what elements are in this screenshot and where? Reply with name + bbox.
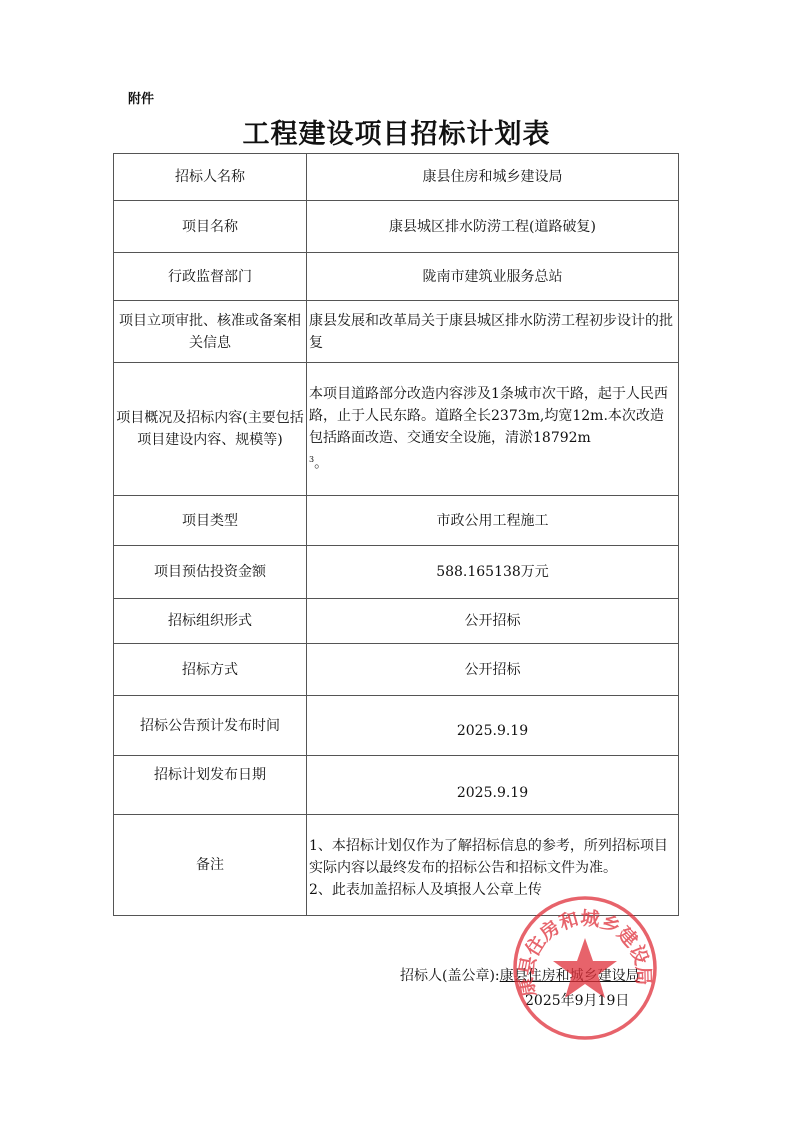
value-announcement-time: 2025.9.19 (307, 696, 679, 756)
table-row: 项目立项审批、核准或备案相关信息 康县发展和改革局关于康县城区排水防涝工程初步设… (114, 301, 679, 363)
table-row: 招标公告预计发布时间 2025.9.19 (114, 696, 679, 756)
remark-line-2: 2、此表加盖招标人及填报人公章上传 (309, 879, 676, 901)
table-row: 项目名称 康县城区排水防涝工程(道路破复) (114, 201, 679, 253)
value-bidding-method: 公开招标 (307, 644, 679, 696)
table-row: 招标组织形式 公开招标 (114, 599, 679, 644)
attachment-label: 附件 (128, 88, 154, 107)
bidding-plan-table: 招标人名称 康县住房和城乡建设局 项目名称 康县城区排水防涝工程(道路破复) 行… (113, 153, 679, 916)
label-project-type: 项目类型 (114, 496, 307, 546)
label-announcement-time: 招标公告预计发布时间 (114, 696, 307, 756)
signer-label: 招标人(盖公章): (400, 968, 500, 984)
label-remarks: 备注 (114, 815, 307, 916)
remark-line-1: 1、本招标计划仅作为了解招标信息的参考，所列招标项目实际内容以最终发布的招标公告… (309, 835, 676, 879)
label-project-name: 项目名称 (114, 201, 307, 253)
value-approval-info: 康县发展和改革局关于康县城区排水防涝工程初步设计的批复 (307, 301, 679, 363)
label-estimated-investment: 项目预估投资金额 (114, 546, 307, 599)
table-row: 行政监督部门 陇南市建筑业服务总站 (114, 253, 679, 301)
label-bidder-name: 招标人名称 (114, 154, 307, 201)
sign-date: 2025年9月19日 (525, 990, 629, 1010)
table-row: 招标方式 公开招标 (114, 644, 679, 696)
label-plan-release-date: 招标计划发布日期 (114, 756, 307, 815)
table-row: 招标计划发布日期 2025.9.19 (114, 756, 679, 815)
table-row: 项目类型 市政公用工程施工 (114, 496, 679, 546)
overview-text: 本项目道路部分改造内容涉及1条城市次干路，起于人民西路，止于人民东路。道路全长2… (309, 386, 668, 446)
table-row: 备注 1、本招标计划仅作为了解招标信息的参考，所列招标项目实际内容以最终发布的招… (114, 815, 679, 916)
value-remarks: 1、本招标计划仅作为了解招标信息的参考，所列招标项目实际内容以最终发布的招标公告… (307, 815, 679, 916)
value-bidder-name: 康县住房和城乡建设局 (307, 154, 679, 201)
signer-line: 招标人(盖公章):康县住房和城乡建设局 (400, 965, 640, 985)
label-bidding-method: 招标方式 (114, 644, 307, 696)
label-organization-form: 招标组织形式 (114, 599, 307, 644)
value-supervision-dept: 陇南市建筑业服务总站 (307, 253, 679, 301)
table-row: 项目预估投资金额 588.165138万元 (114, 546, 679, 599)
document-title: 工程建设项目招标计划表 (0, 112, 793, 151)
value-project-name: 康县城区排水防涝工程(道路破复) (307, 201, 679, 253)
value-project-overview: 本项目道路部分改造内容涉及1条城市次干路，起于人民西路，止于人民东路。道路全长2… (307, 363, 679, 496)
label-approval-info: 项目立项审批、核准或备案相关信息 (114, 301, 307, 363)
value-plan-release-date: 2025.9.19 (307, 756, 679, 815)
table-row: 招标人名称 康县住房和城乡建设局 (114, 154, 679, 201)
value-organization-form: 公开招标 (307, 599, 679, 644)
label-project-overview: 项目概况及招标内容(主要包括项目建设内容、规模等) (114, 363, 307, 496)
overview-tail: 。 (314, 456, 328, 472)
value-project-type: 市政公用工程施工 (307, 496, 679, 546)
value-estimated-investment: 588.165138万元 (307, 546, 679, 599)
signer-org: 康县住房和城乡建设局 (500, 968, 640, 984)
table-row: 项目概况及招标内容(主要包括项目建设内容、规模等) 本项目道路部分改造内容涉及1… (114, 363, 679, 496)
label-supervision-dept: 行政监督部门 (114, 253, 307, 301)
